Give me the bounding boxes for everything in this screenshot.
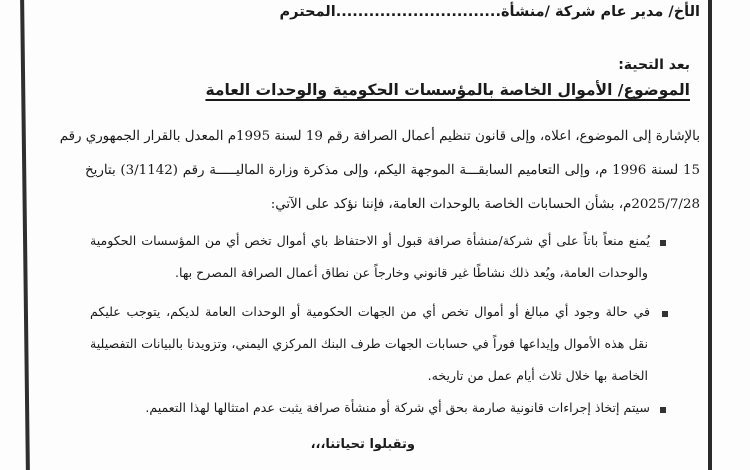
bullet-square-icon xyxy=(662,311,668,317)
intro-paragraph-line-2: 15 لسنة 1996 م، وإلى التعاميم السابقـــة… xyxy=(85,163,700,178)
bullet-1-line-2: والوحدات العامة، ويُعد ذلك نشاطًا غير قا… xyxy=(175,265,648,280)
bullet-3-line-1: سيتم إتخاذ إجراءات قانونية صارمة بحق أي … xyxy=(145,400,650,415)
bullet-1-line-1: يُمنع منعاً باتاً على أي شركة/منشأة صراف… xyxy=(90,233,650,248)
addressee-line: الأخ/ مدير عام شركة /منشأة..............… xyxy=(280,4,700,20)
bullet-square-icon xyxy=(660,240,666,246)
letter-page: الأخ/ مدير عام شركة /منشأة..............… xyxy=(0,0,750,470)
left-margin-rule xyxy=(20,0,30,470)
greeting: بعد التحية: xyxy=(618,57,690,73)
bullet-2-line-1: في حالة وجود أي مبالغ أو أموال تخص أي من… xyxy=(90,304,650,319)
right-margin-rule xyxy=(708,0,712,470)
bullet-2-line-3: الخاصة بها خلال ثلاث أيام عمل من تاريخه. xyxy=(428,368,648,383)
closing-salutation: وتقبلوا تحياتنا،،، xyxy=(311,437,415,452)
bullet-square-icon xyxy=(660,407,666,413)
intro-paragraph-line-1: بالإشارة إلى الموضوع، اعلاه، وإلى قانون … xyxy=(85,129,700,144)
subject-title: الموضوع/ الأموال الخاصة بالمؤسسات الحكوم… xyxy=(205,81,690,99)
intro-paragraph-line-3: 2025/7/28م، بشأن الحسابات الخاصة بالوحدا… xyxy=(85,197,700,212)
bullet-2-line-2: نقل هذه الأموال وإيداعها فوراً في حسابات… xyxy=(90,336,648,351)
